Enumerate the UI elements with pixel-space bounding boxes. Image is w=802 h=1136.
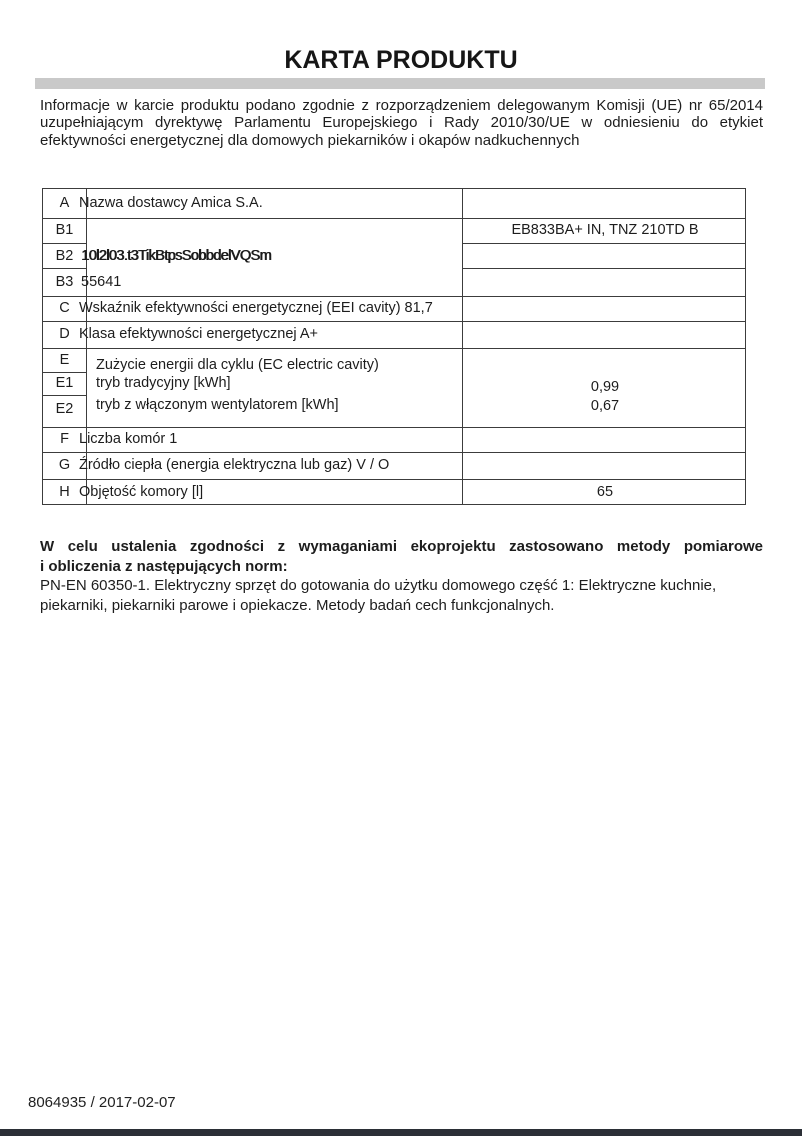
- row-d-label: Klasa efektywności energetycznej A+: [79, 325, 318, 343]
- row-h-value: 65: [463, 483, 747, 501]
- product-data-table: A B1 B2 B3 C D E E1 E2 F G H Nazwa dosta…: [42, 188, 746, 505]
- norms-heading-line-1: W celu ustalenia zgodności z wymaganiami…: [40, 537, 763, 557]
- intro-line-1: Informacje w karcie produktu podano zgod…: [40, 97, 763, 114]
- intro-line-2: uzupełniającym dyrektywę Parlamentu Euro…: [40, 114, 763, 131]
- norms-body-line-1: PN-EN 60350-1. Elektryczny sprzęt do got…: [40, 576, 763, 596]
- intro-paragraph: Informacje w karcie produktu podano zgod…: [40, 97, 763, 149]
- table-gridline-row-b3-bottom: [43, 296, 745, 297]
- table-gridline-value-b1-b2: [462, 243, 746, 244]
- row-b1-value: EB833BA+ IN, TNZ 210TD B: [463, 221, 747, 239]
- row-c-label: Wskaźnik efektywności energetycznej (EEI…: [79, 299, 433, 317]
- norms-section: W celu ustalenia zgodności z wymaganiami…: [40, 537, 763, 615]
- row-e-letter: E: [43, 351, 86, 369]
- row-g-label: Źródło ciepła (energia elektryczna lub g…: [79, 456, 389, 474]
- title-underline-bar: [35, 78, 765, 89]
- table-gridline-row-e2-bottom: [43, 427, 745, 428]
- table-gridline-row-g-bottom: [43, 479, 745, 480]
- document-code-and-date: 8064935 / 2017-02-07: [28, 1094, 176, 1111]
- row-e2-label: tryb z włączonym wentylatorem [kWh]: [96, 396, 339, 414]
- row-h-label: Objętość komory [l]: [79, 483, 203, 501]
- row-b2-letter: B2: [43, 247, 86, 265]
- table-gridline-row-a-bottom: [43, 218, 745, 219]
- row-b2-label-garbled-text: 10l2l03.t3TikBtpsSobbdelVQSm: [81, 247, 271, 265]
- table-gridline-row-d-bottom: [43, 348, 745, 349]
- row-f-label: Liczba komór 1: [79, 430, 177, 448]
- table-gridline-row-c-bottom: [43, 321, 745, 322]
- norms-body-line-2: piekarniki, piekarniki parowe i opiekacz…: [40, 596, 763, 616]
- norms-heading-line-2: i obliczenia z następujących norm:: [40, 557, 763, 577]
- intro-line-3: efektywności energetycznej dla domowych …: [40, 132, 763, 149]
- table-gridline-value-b2-b3: [462, 268, 746, 269]
- table-gridline-letter-e1-e2: [43, 395, 86, 396]
- product-card-page: KARTA PRODUKTU Informacje w karcie produ…: [0, 0, 802, 1136]
- row-e1-label: tryb tradycyjny [kWh]: [96, 374, 231, 392]
- table-gridline-letter-b1-b2: [43, 243, 86, 244]
- bottom-bar: [0, 1129, 802, 1136]
- row-e1-value: 0,99: [463, 378, 747, 396]
- row-b3-label: 55641: [81, 273, 121, 291]
- page-title: KARTA PRODUKTU: [0, 46, 802, 75]
- row-e2-value: 0,67: [463, 397, 747, 415]
- row-b1-letter: B1: [43, 221, 86, 239]
- table-gridline-row-f-bottom: [43, 452, 745, 453]
- table-gridline-letter-b2-b3: [43, 268, 86, 269]
- row-a-label: Nazwa dostawcy Amica S.A.: [79, 194, 263, 212]
- row-e-description: Zużycie energii dla cyklu (EC electric c…: [96, 356, 379, 374]
- row-e1-letter: E1: [43, 374, 86, 392]
- row-e2-letter: E2: [43, 400, 86, 418]
- row-b3-letter: B3: [43, 273, 86, 291]
